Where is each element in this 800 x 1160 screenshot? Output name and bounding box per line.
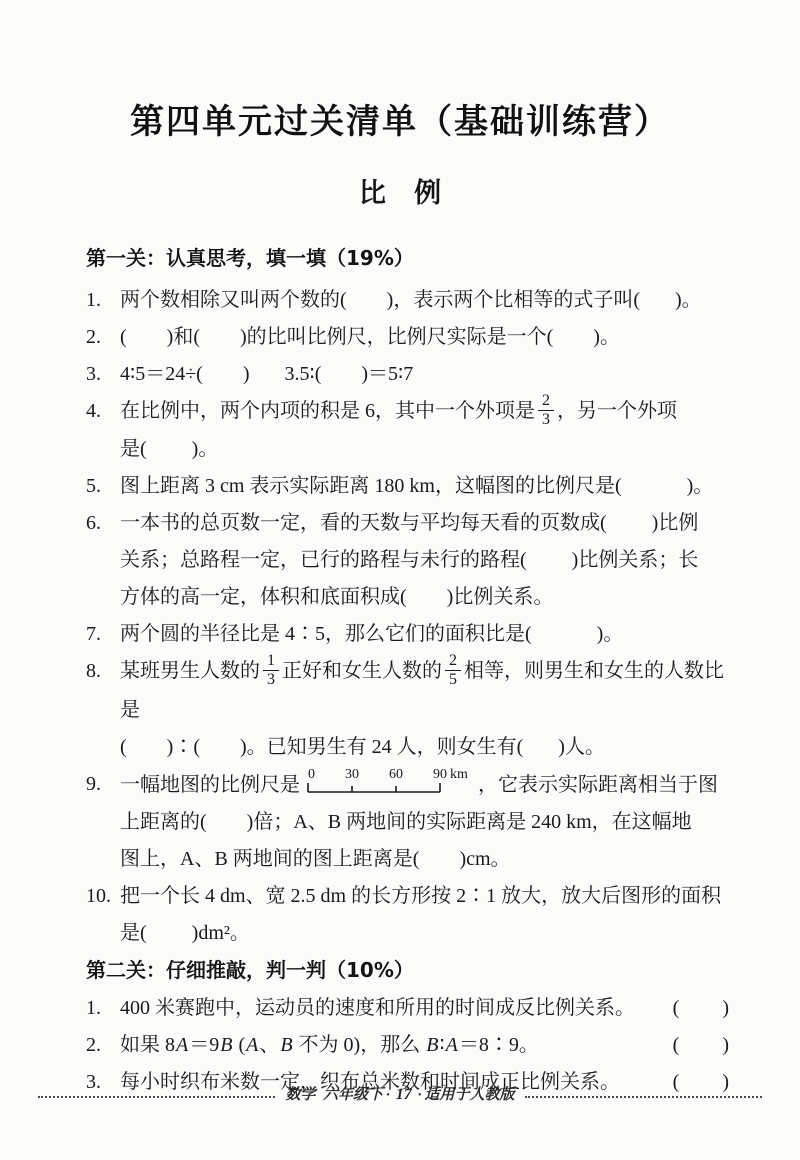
judge-question-row: 1.400 米赛跑中，运动员的速度和所用的时间成反比例关系。( ) [86,990,730,1027]
judge-question-row: 2.如果 8A＝9B (A、B 不为 0)，那么 B∶A＝8∶9。( ) [86,1027,730,1064]
text-run: 把一个长 4 dm、宽 2.5 dm 的长方形按 2∶1 放大，放大后图形的面积 [120,885,721,907]
question-line: 把一个长 4 dm、宽 2.5 dm 的长方形按 2∶1 放大，放大后图形的面积 [120,878,730,915]
fraction-denominator: 5 [445,671,461,689]
text-run: ( )∶( )。已知男生有 24 人，则女生有( )人。 [120,736,605,758]
text-run: 如果 8 [120,1034,175,1056]
question-number: 2. [86,1027,120,1064]
question-line: 图上距离 3 cm 表示实际距离 180 km，这幅图的比例尺是( )。 [120,468,730,505]
footer-separator: · [386,1087,390,1103]
question-number: 9. [86,766,120,878]
footer-separator: · [418,1087,422,1103]
math-variable: A [175,1034,189,1056]
scale-tick-label: 30 [345,767,359,782]
text-run: 4∶5＝24÷( ) 3.5∶( )＝5∶7 [120,363,413,385]
question-row: 10.把一个长 4 dm、宽 2.5 dm 的长方形按 2∶1 放大，放大后图形… [86,878,730,952]
text-run: ∶ [439,1034,444,1056]
question-body: 某班男生人数的13正好和女生人数的25相等，则男生和女生的人数比是( )∶( )… [120,653,730,765]
text-run: 图上距离 3 cm 表示实际距离 180 km，这幅图的比例尺是( )。 [120,475,713,497]
text-run: 关系；总路程一定，已行的路程与未行的路程( )比例关系；长 [120,549,698,571]
text-run: 正好和女生人数的 [282,660,442,682]
scale-unit-label: km [450,767,468,782]
question-row: 1.两个数相除又叫两个数的( )，表示两个比相等的式子叫( )。 [86,282,730,319]
question-line: 上距离的( )倍；A、B 两地间的实际距离是 240 km，在这幅地 [120,804,730,841]
text-run: 两个数相除又叫两个数的( )，表示两个比相等的式子叫( )。 [120,289,702,311]
footer-text: 数学 六年级下·17·适用于人教版 [285,1083,514,1104]
question-line: 方体的高一定，体积和底面积成( )比例关系。 [120,579,730,616]
fraction-denominator: 3 [538,411,554,429]
page-subtitle: 比 例 [0,171,800,210]
question-number: 1. [86,990,120,1027]
footer-page-number: 17 [396,1086,412,1103]
question-number: 2. [86,319,120,356]
scale-tick-label: 90 [433,767,447,782]
text-run: 在比例中，两个内项的积是 6，其中一个外项是 [120,400,535,422]
question-number: 1. [86,282,120,319]
question-number: 6. [86,505,120,616]
question-row: 5.图上距离 3 cm 表示实际距离 180 km，这幅图的比例尺是( )。 [86,468,730,505]
question-line: 一本书的总页数一定，看的天数与平均每天看的页数成( )比例 [120,505,730,542]
question-body: ( )和( )的比叫比例尺，比例尺实际是一个( )。 [120,319,730,356]
text-run: ( )和( )的比叫比例尺，比例尺实际是一个( )。 [120,326,620,348]
footer-subject: 数学 [285,1087,315,1103]
text-run: ，它表示实际距离相当于图 [478,774,718,796]
question-body: 在比例中，两个内项的积是 6，其中一个外项是23，另一个外项是( )。 [120,393,730,468]
math-variable: A [445,1034,459,1056]
question-row: 7.两个圆的半径比是 4∶5，那么它们的面积比是( )。 [86,616,730,653]
math-variable: B [425,1034,439,1056]
question-row: 8.某班男生人数的13正好和女生人数的25相等，则男生和女生的人数比是( )∶(… [86,653,730,765]
question-line: 关系；总路程一定，已行的路程与未行的路程( )比例关系；长 [120,542,730,579]
worksheet-content: 第一关：认真思考，填一填（19%） 1.两个数相除又叫两个数的( )，表示两个比… [0,244,800,1101]
text-run: ＝9 [189,1034,219,1056]
question-row: 6.一本书的总页数一定，看的天数与平均每天看的页数成( )比例关系；总路程一定，… [86,505,730,616]
fraction: 13 [263,652,279,690]
fraction-numerator: 2 [538,392,554,411]
text-run: ＝8∶9。 [459,1034,539,1056]
question-text: 如果 8A＝9B (A、B 不为 0)，那么 B∶A＝8∶9。 [120,1027,667,1064]
text-run: 不为 0)，那么 [294,1034,426,1056]
question-line: 是( )。 [120,431,730,468]
text-run: 图上，A、B 两地间的图上距离是( )cm。 [120,848,511,870]
question-row: 2.( )和( )的比叫比例尺，比例尺实际是一个( )。 [86,319,730,356]
question-row: 3.4∶5＝24÷( ) 3.5∶( )＝5∶7 [86,356,730,393]
question-body: 4∶5＝24÷( ) 3.5∶( )＝5∶7 [120,356,730,393]
text-run: 一本书的总页数一定，看的天数与平均每天看的页数成( )比例 [120,512,698,534]
question-line: 一幅地图的比例尺是0306090km，它表示实际距离相当于图 [120,766,730,804]
text-run: 400 米赛跑中，运动员的速度和所用的时间成反比例关系。 [120,997,635,1019]
answer-blank: ( ) [667,1027,730,1064]
text-run: 一幅地图的比例尺是 [120,774,300,796]
question-body: 一本书的总页数一定，看的天数与平均每天看的页数成( )比例关系；总路程一定，已行… [120,505,730,616]
text-run: ，另一个外项 [557,400,677,422]
question-text: 400 米赛跑中，运动员的速度和所用的时间成反比例关系。 [120,990,667,1027]
question-number: 4. [86,393,120,468]
question-line: 图上，A、B 两地间的图上距离是( )cm。 [120,841,730,878]
section2-heading: 第二关：仔细推敲，判一判（10%） [86,956,730,984]
math-variable: A [245,1034,259,1056]
footer-grade: 六年级下 [323,1087,383,1103]
text-run: ( [233,1034,245,1056]
question-body: 两个数相除又叫两个数的( )，表示两个比相等的式子叫( )。 [120,282,730,319]
text-run: 是( )。 [120,438,218,460]
question-number: 7. [86,616,120,653]
question-number: 3. [86,356,120,393]
text-run: 两个圆的半径比是 4∶5，那么它们的面积比是( )。 [120,623,623,645]
fraction-denominator: 3 [263,671,279,689]
question-line: 是( )dm²。 [120,915,730,952]
text-run: 是( )dm²。 [120,922,250,944]
question-body: 图上距离 3 cm 表示实际距离 180 km，这幅图的比例尺是( )。 [120,468,730,505]
answer-blank: ( ) [667,990,730,1027]
question-line: 某班男生人数的13正好和女生人数的25相等，则男生和女生的人数比是 [120,653,730,728]
math-variable: B [219,1034,233,1056]
text-run: 某班男生人数的 [120,660,260,682]
page-title: 第四单元过关清单（基础训练营） [0,0,800,143]
section1-heading: 第一关：认真思考，填一填（19%） [86,244,730,272]
text-run: 方体的高一定，体积和底面积成( )比例关系。 [120,586,553,608]
fraction: 23 [538,392,554,430]
question-number: 8. [86,653,120,765]
fraction: 25 [445,652,461,690]
question-line: 两个圆的半径比是 4∶5，那么它们的面积比是( )。 [120,616,730,653]
text-run: 上距离的( )倍；A、B 两地间的实际距离是 240 km，在这幅地 [120,811,692,833]
text-run: 、 [259,1034,279,1056]
question-body: 一幅地图的比例尺是0306090km，它表示实际距离相当于图上距离的( )倍；A… [120,766,730,878]
footer-dotted-rule-left [38,1096,275,1098]
fraction-numerator: 2 [445,652,461,671]
page-footer: 数学 六年级下·17·适用于人教版 [28,1083,772,1104]
question-number: 10. [86,878,120,952]
worksheet-page: 第四单元过关清单（基础训练营） 比 例 第一关：认真思考，填一填（19%） 1.… [0,0,800,1160]
question-line: ( )和( )的比叫比例尺，比例尺实际是一个( )。 [120,319,730,356]
math-variable: B [279,1034,293,1056]
question-line: 4∶5＝24÷( ) 3.5∶( )＝5∶7 [120,356,730,393]
fill-questions-list: 1.两个数相除又叫两个数的( )，表示两个比相等的式子叫( )。2.( )和( … [86,282,730,952]
question-row: 4.在比例中，两个内项的积是 6，其中一个外项是23，另一个外项是( )。 [86,393,730,468]
question-number: 5. [86,468,120,505]
fraction-numerator: 1 [263,652,279,671]
question-line: 两个数相除又叫两个数的( )，表示两个比相等的式子叫( )。 [120,282,730,319]
map-scale-bar: 0306090km [303,766,475,798]
question-line: ( )∶( )。已知男生有 24 人，则女生有( )人。 [120,729,730,766]
question-body: 把一个长 4 dm、宽 2.5 dm 的长方形按 2∶1 放大，放大后图形的面积… [120,878,730,952]
scale-tick-label: 60 [389,767,403,782]
question-line: 在比例中，两个内项的积是 6，其中一个外项是23，另一个外项 [120,393,730,431]
footer-edition: 适用于人教版 [425,1087,515,1103]
question-body: 两个圆的半径比是 4∶5，那么它们的面积比是( )。 [120,616,730,653]
footer-dotted-rule-right [525,1096,762,1098]
question-row: 9.一幅地图的比例尺是0306090km，它表示实际距离相当于图上距离的( )倍… [86,766,730,878]
scale-tick-label: 0 [308,767,315,782]
